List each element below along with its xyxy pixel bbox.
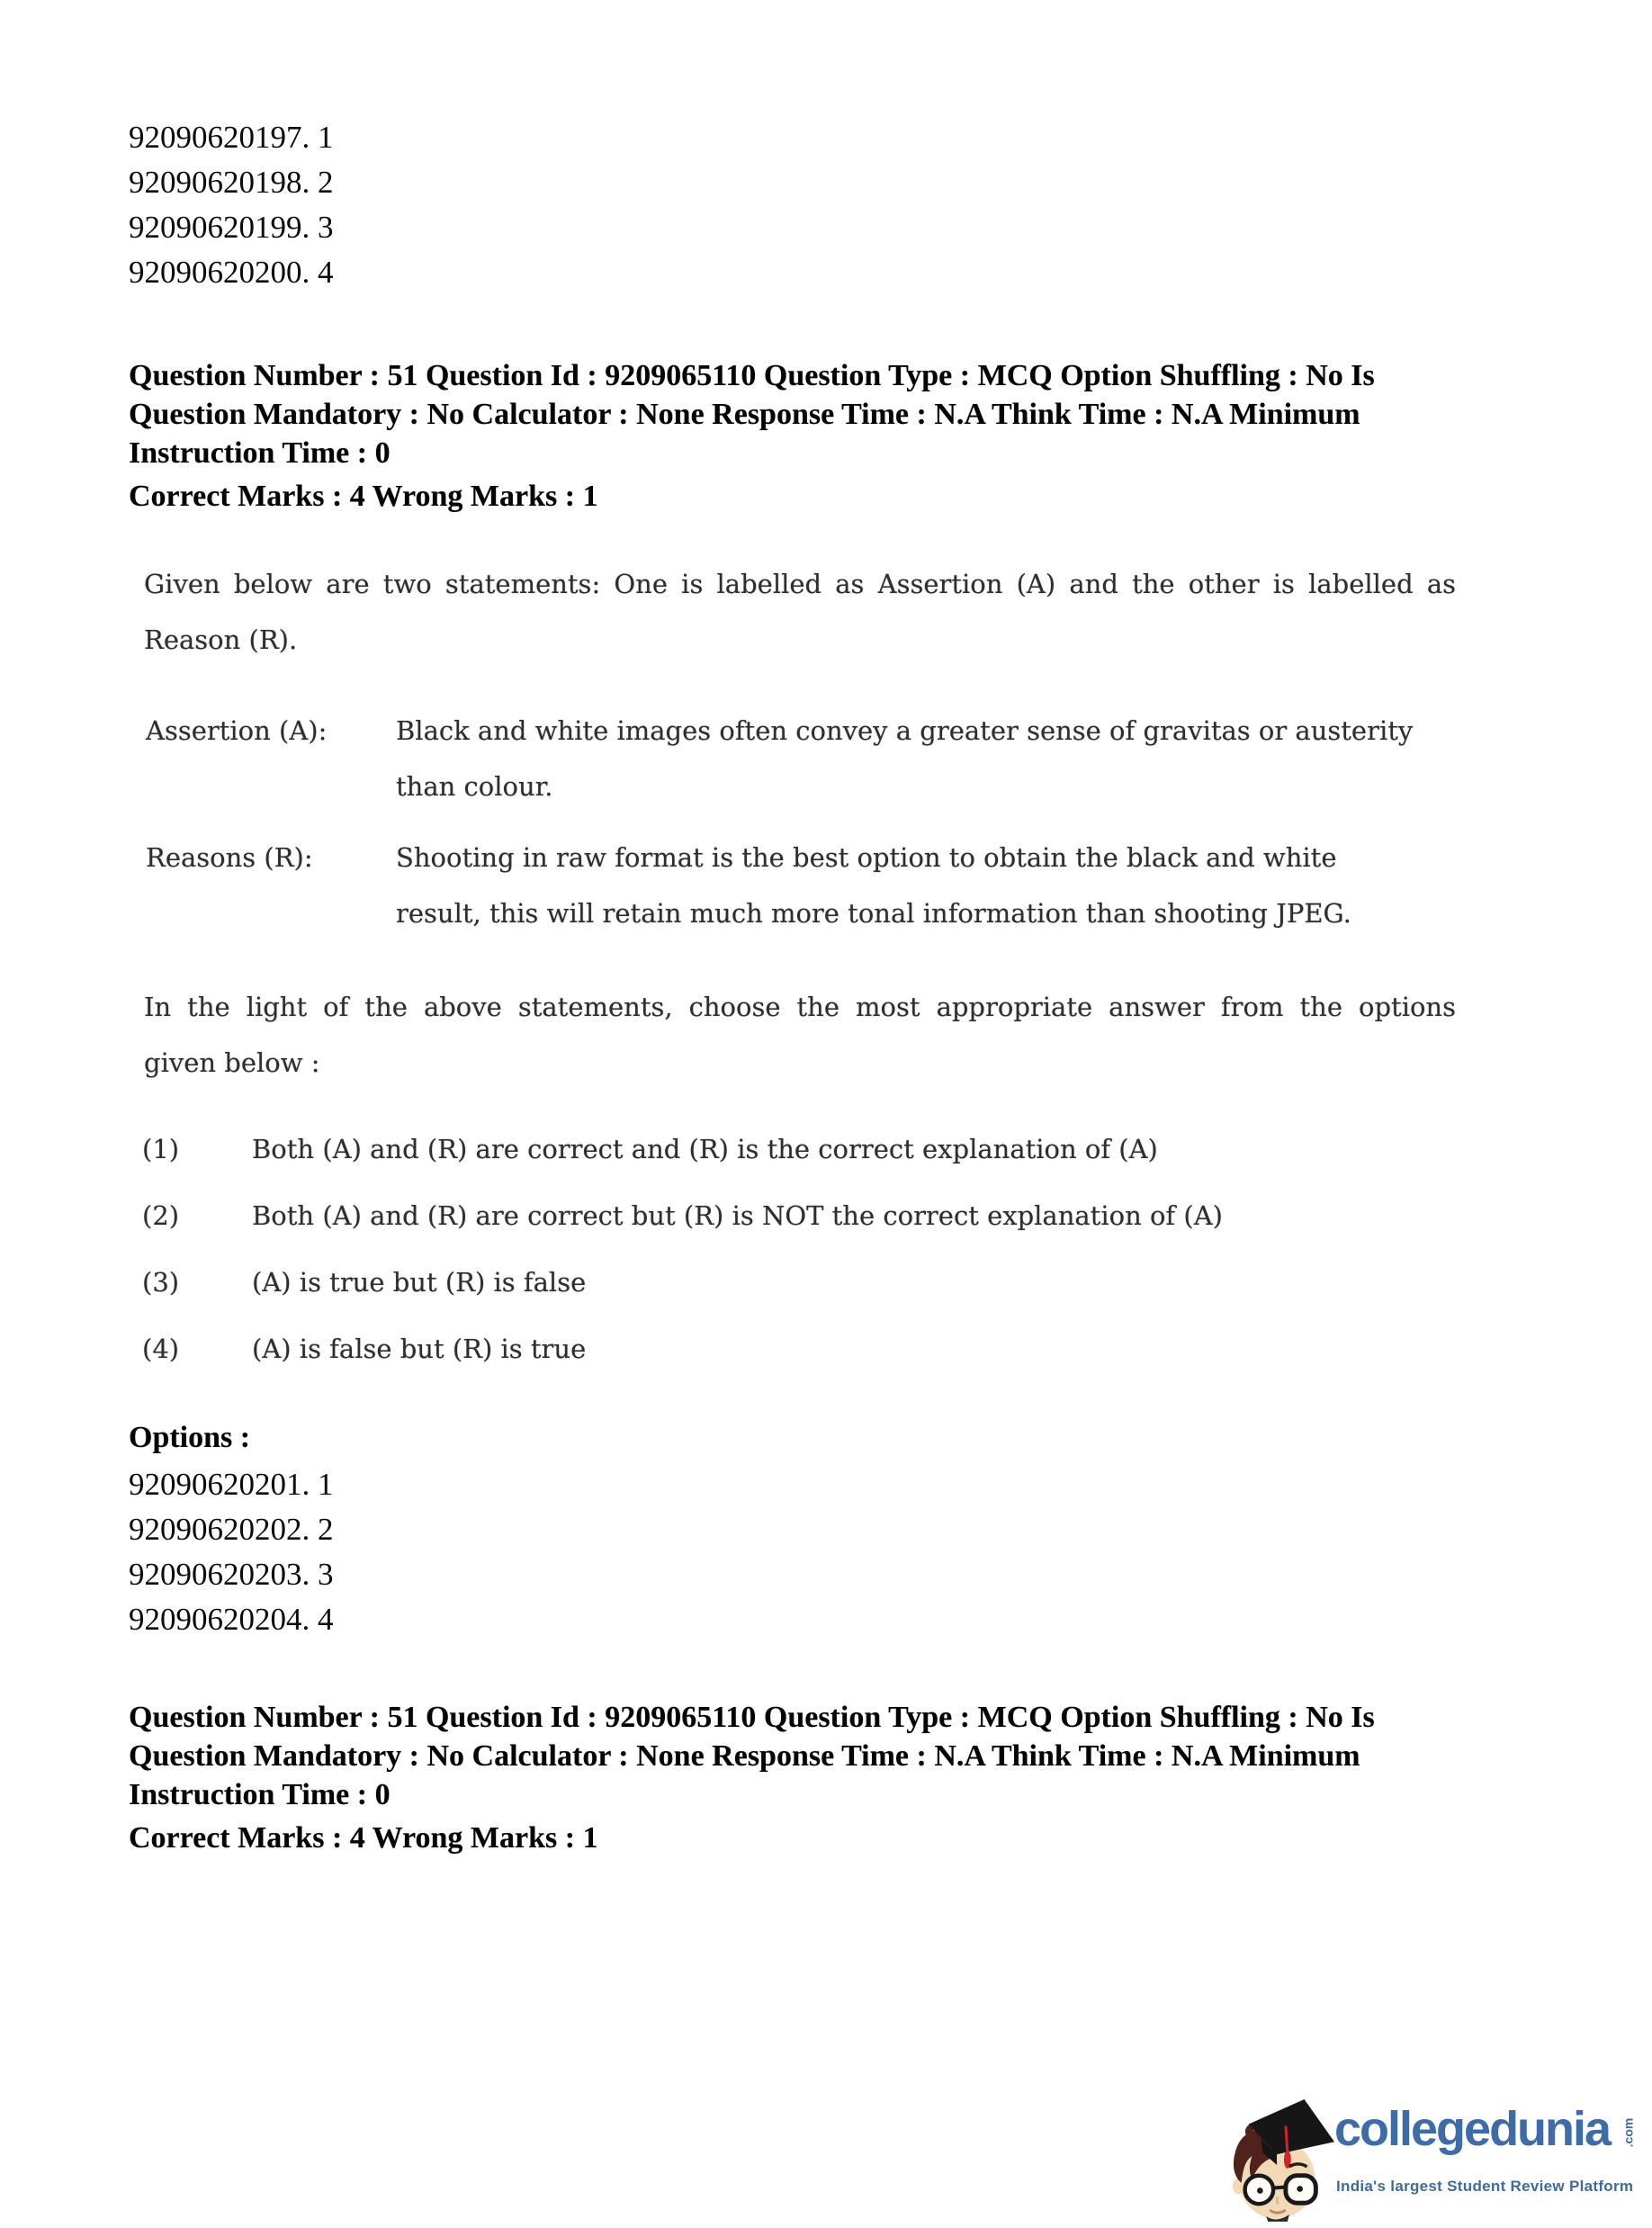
option-id-line: 92090620198. 2 xyxy=(129,160,334,205)
choice-text: Both (A) and (R) are correct but (R) is … xyxy=(252,1200,1223,1231)
assertion-label: Assertion (A): xyxy=(146,703,327,759)
brand-text: collegedunia xyxy=(1334,2101,1610,2157)
marks-line: Correct Marks : 4 Wrong Marks : 1 xyxy=(129,1819,1375,1857)
options-heading: Options : xyxy=(129,1417,250,1459)
choice-text: Both (A) and (R) are correct and (R) is … xyxy=(252,1134,1158,1164)
choice-row: (2)Both (A) and (R) are correct but (R) … xyxy=(142,1188,1223,1254)
marks-line: Correct Marks : 4 Wrong Marks : 1 xyxy=(129,477,1375,516)
question-closing-line: In the light of the above statements, ch… xyxy=(144,979,1456,1035)
assertion-text: Black and white images often convey a gr… xyxy=(396,703,1413,814)
option-id-line: 92090620197. 1 xyxy=(129,115,334,160)
option-id-line: 92090620203. 3 xyxy=(129,1552,334,1597)
choice-number: (1) xyxy=(142,1121,252,1177)
meta-line: Question Mandatory : No Calculator : Non… xyxy=(129,1737,1375,1775)
meta-line: Question Mandatory : No Calculator : Non… xyxy=(129,395,1375,434)
top-option-id-list: 92090620197. 1 92090620198. 2 9209062019… xyxy=(129,115,334,295)
meta-line: Question Number : 51 Question Id : 92090… xyxy=(129,1698,1375,1737)
choice-number: (2) xyxy=(142,1188,252,1244)
choice-number: (3) xyxy=(142,1254,252,1310)
choice-number: (4) xyxy=(142,1321,252,1377)
meta-line: Instruction Time : 0 xyxy=(129,1775,1375,1814)
reason-text-line: result, this will retain much more tonal… xyxy=(396,885,1351,941)
assertion-text-line: than colour. xyxy=(396,759,1413,814)
option-id-line: 92090620200. 4 xyxy=(129,250,334,295)
question-meta-block: Question Number : 51 Question Id : 92090… xyxy=(129,356,1375,516)
question-meta-block: Question Number : 51 Question Id : 92090… xyxy=(129,1698,1375,1857)
exam-paper-page: 92090620197. 1 92090620198. 2 9209062019… xyxy=(0,0,1652,2228)
option-id-line: 92090620201. 1 xyxy=(129,1462,334,1507)
question-closing: In the light of the above statements, ch… xyxy=(144,979,1456,1091)
choice-list: (1)Both (A) and (R) are correct and (R) … xyxy=(142,1121,1223,1388)
question-closing-line: given below : xyxy=(144,1035,1456,1091)
assertion-text-line: Black and white images often convey a gr… xyxy=(396,703,1413,759)
option-id-line: 92090620199. 3 xyxy=(129,205,334,250)
reason-text: Shooting in raw format is the best optio… xyxy=(396,830,1351,941)
question-intro: Given below are two statements: One is l… xyxy=(144,556,1456,668)
option-id-line: 92090620202. 2 xyxy=(129,1507,334,1552)
choice-row: (3)(A) is true but (R) is false xyxy=(142,1254,1223,1321)
option-id-line: 92090620204. 4 xyxy=(129,1597,334,1642)
brand-tagline: India's largest Student Review Platform xyxy=(1336,2178,1633,2196)
question-intro-line: Given below are two statements: One is l… xyxy=(144,556,1456,612)
collegedunia-logo[interactable]: collegedunia .com India's largest Studen… xyxy=(1219,2088,1647,2224)
choice-row: (1)Both (A) and (R) are correct and (R) … xyxy=(142,1121,1223,1188)
choice-text: (A) is true but (R) is false xyxy=(252,1267,586,1298)
choice-row: (4)(A) is false but (R) is true xyxy=(142,1321,1223,1388)
choice-text: (A) is false but (R) is true xyxy=(252,1334,586,1364)
meta-line: Question Number : 51 Question Id : 92090… xyxy=(129,356,1375,395)
reason-text-line: Shooting in raw format is the best optio… xyxy=(396,830,1351,885)
brand-tld: .com xyxy=(1621,2118,1635,2148)
collegedunia-mascot-icon xyxy=(1222,2097,1337,2223)
reason-label: Reasons (R): xyxy=(146,830,313,885)
question-intro-line: Reason (R). xyxy=(144,612,1456,668)
options-id-list: 92090620201. 1 92090620202. 2 9209062020… xyxy=(129,1462,334,1642)
meta-line: Instruction Time : 0 xyxy=(129,434,1375,472)
